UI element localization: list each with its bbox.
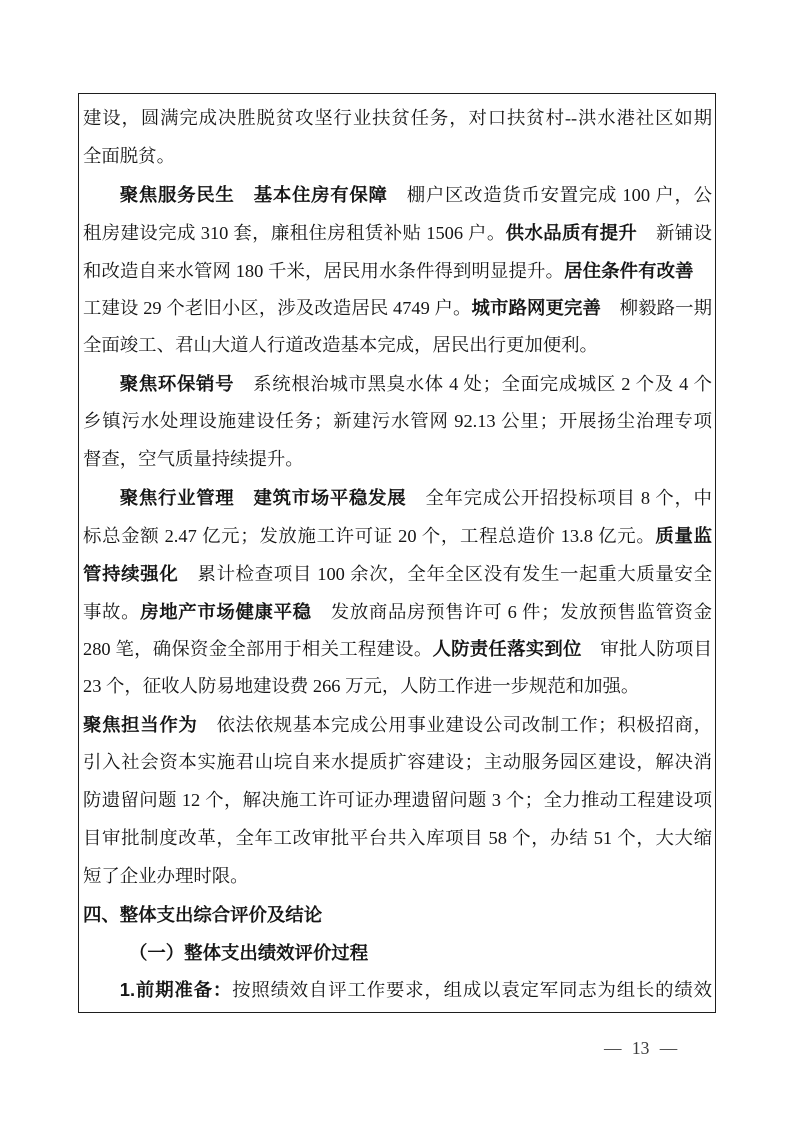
text-line: （一）整体支出绩效评价过程 <box>83 934 712 972</box>
bold-text-run: 基本住房有保障 <box>254 184 388 205</box>
text-run: 督查，空气质量持续提升。 <box>83 449 304 469</box>
text-run: 短了企业办理时限。 <box>83 866 249 886</box>
document-body: 建设，圆满完成决胜脱贫攻坚行业扶贫任务，对口扶贫村--洪水港社区如期全面脱贫。聚… <box>83 100 712 1009</box>
text-run: 280 笔，确保资金全部用于相关工程建设。 <box>83 639 432 659</box>
text-run <box>235 185 254 205</box>
text-line: 聚焦担当作为 依法依规基本完成公用事业建设公司改制工作；积极招商， <box>83 706 712 744</box>
bold-text-run: 人防责任落实到位 <box>432 638 581 659</box>
text-run: 乡镇污水处理设施建设任务；新建污水管网 92.13 公里；开展扬尘治理专项 <box>83 411 712 431</box>
text-run: 标总金额 2.47 亿元；发放施工许可证 20 个，工程总造价 13.8 亿元。 <box>83 526 655 546</box>
text-line: 23 个，征收人防易地建设费 266 万元，人防工作进一步规范和加强。 <box>83 668 712 706</box>
text-line: 全面脱贫。 <box>83 138 712 176</box>
text-run: 柳毅路一期 <box>601 298 712 318</box>
text-run: 租房建设完成 310 套，廉租住房租赁补贴 1506 户。 <box>83 223 506 243</box>
text-line: 280 笔，确保资金全部用于相关工程建设。人防责任落实到位 审批人防项目 <box>83 630 712 668</box>
text-run: 防遗留问题 12 个，解决施工许可证办理遗留问题 3 个；全力推动工程建设项 <box>83 790 712 810</box>
text-run: 全面脱贫。 <box>83 146 175 166</box>
text-run: 按照绩效自评工作要求，组成以袁定军同志为组长的绩效 <box>232 980 712 1000</box>
text-line: 乡镇污水处理设施建设任务；新建污水管网 92.13 公里；开展扬尘治理专项 <box>83 403 712 441</box>
page-number: — 13 — <box>604 1036 677 1060</box>
text-line: 聚焦环保销号 系统根治城市黑臭水体 4 处；全面完成城区 2 个及 4 个 <box>83 365 712 403</box>
text-run <box>234 488 253 508</box>
text-line: 聚焦行业管理 建筑市场平稳发展 全年完成公开招投标项目 8 个，中 <box>83 479 712 517</box>
text-line: 和改造自来水管网 180 千米，居民用水条件得到明显提升。居住条件有改善 开 <box>83 252 712 290</box>
text-run: 引入社会资本实施君山垸自来水提质扩容建设；主动服务园区建设，解决消 <box>83 752 712 772</box>
bold-text-run: 聚焦环保销号 <box>120 373 234 394</box>
bold-text-run: 城市路网更完善 <box>472 297 602 318</box>
bold-text-run: （一）整体支出绩效评价过程 <box>129 942 368 963</box>
bold-text-run: 房地产市场健康平稳 <box>140 601 312 622</box>
text-line: 1.前期准备：按照绩效自评工作要求，组成以袁定军同志为组长的绩效 <box>83 971 712 1009</box>
text-line: 租房建设完成 310 套，廉租住房租赁补贴 1506 户。供水品质有提升 新铺设 <box>83 214 712 252</box>
text-run: 和改造自来水管网 180 千米，居民用水条件得到明显提升。 <box>83 261 564 281</box>
text-line: 标总金额 2.47 亿元；发放施工许可证 20 个，工程总造价 13.8 亿元。… <box>83 517 712 555</box>
text-run: 发放商品房预售许可 6 件；发放预售监管资金 <box>312 602 712 622</box>
text-run: 23 个，征收人防易地建设费 266 万元，人防工作进一步规范和加强。 <box>83 676 639 696</box>
text-line: 短了企业办理时限。 <box>83 858 712 896</box>
bold-text-run: 供水品质有提升 <box>506 222 638 243</box>
text-run: 系统根治城市黑臭水体 4 处；全面完成城区 2 个及 4 个 <box>234 374 712 394</box>
text-run: 目审批制度改革，全年工改审批平台共入库项目 58 个，办结 51 个，大大缩 <box>83 828 712 848</box>
text-run: 依法依规基本完成公用事业建设公司改制工作；积极招商， <box>197 715 712 735</box>
bold-text-run: 管持续强化 <box>83 563 178 584</box>
text-line: 引入社会资本实施君山垸自来水提质扩容建设；主动服务园区建设，解决消 <box>83 744 712 782</box>
page: 建设，圆满完成决胜脱贫攻坚行业扶贫任务，对口扶贫村--洪水港社区如期全面脱贫。聚… <box>0 0 793 1122</box>
bold-text-run: 1.前期准备： <box>120 979 232 1000</box>
text-line: 督查，空气质量持续提升。 <box>83 441 712 479</box>
text-run: 新铺设 <box>637 223 712 243</box>
text-line: 管持续强化 累计检查项目 100 余次，全年全区没有发生一起重大质量安全 <box>83 555 712 593</box>
bold-text-run: 建筑市场平稳发展 <box>254 487 407 508</box>
document-frame: 建设，圆满完成决胜脱贫攻坚行业扶贫任务，对口扶贫村--洪水港社区如期全面脱贫。聚… <box>78 93 716 1013</box>
text-line: 防遗留问题 12 个，解决施工许可证办理遗留问题 3 个；全力推动工程建设项 <box>83 782 712 820</box>
text-run: 建设，圆满完成决胜脱贫攻坚行业扶贫任务，对口扶贫村--洪水港社区如期 <box>83 108 712 128</box>
text-run: 事故。 <box>83 602 140 622</box>
text-line: 目审批制度改革，全年工改审批平台共入库项目 58 个，办结 51 个，大大缩 <box>83 820 712 858</box>
text-run: 累计检查项目 100 余次，全年全区没有发生一起重大质量安全 <box>178 564 712 584</box>
bold-text-run: 聚焦行业管理 <box>120 487 235 508</box>
bold-text-run: 聚焦服务民生 <box>120 184 235 205</box>
text-run: 棚户区改造货币安置完成 100 户，公 <box>388 185 712 205</box>
text-line: 事故。房地产市场健康平稳 发放商品房预售许可 6 件；发放预售监管资金 <box>83 593 712 631</box>
bold-text-run: 聚焦担当作为 <box>83 714 197 735</box>
text-run: 工建设 29 个老旧小区，涉及改造居民 4749 户。 <box>83 298 472 318</box>
text-line: 聚焦服务民生 基本住房有保障 棚户区改造货币安置完成 100 户，公 <box>83 176 712 214</box>
bold-text-run: 质量监 <box>655 525 712 546</box>
bold-text-run: 四、整体支出综合评价及结论 <box>83 904 322 925</box>
text-line: 建设，圆满完成决胜脱贫攻坚行业扶贫任务，对口扶贫村--洪水港社区如期 <box>83 100 712 138</box>
bold-text-run: 居住条件有改善 <box>564 260 694 281</box>
text-line: 工建设 29 个老旧小区，涉及改造居民 4749 户。城市路网更完善 柳毅路一期 <box>83 289 712 327</box>
text-run: 全面竣工、君山大道人行道改造基本完成，居民出行更加便利。 <box>83 335 598 355</box>
text-line: 全面竣工、君山大道人行道改造基本完成，居民出行更加便利。 <box>83 327 712 365</box>
text-run: 全年完成公开招投标项目 8 个，中 <box>406 488 712 508</box>
text-run: 审批人防项目 <box>582 639 712 659</box>
text-line: 四、整体支出综合评价及结论 <box>83 896 712 934</box>
